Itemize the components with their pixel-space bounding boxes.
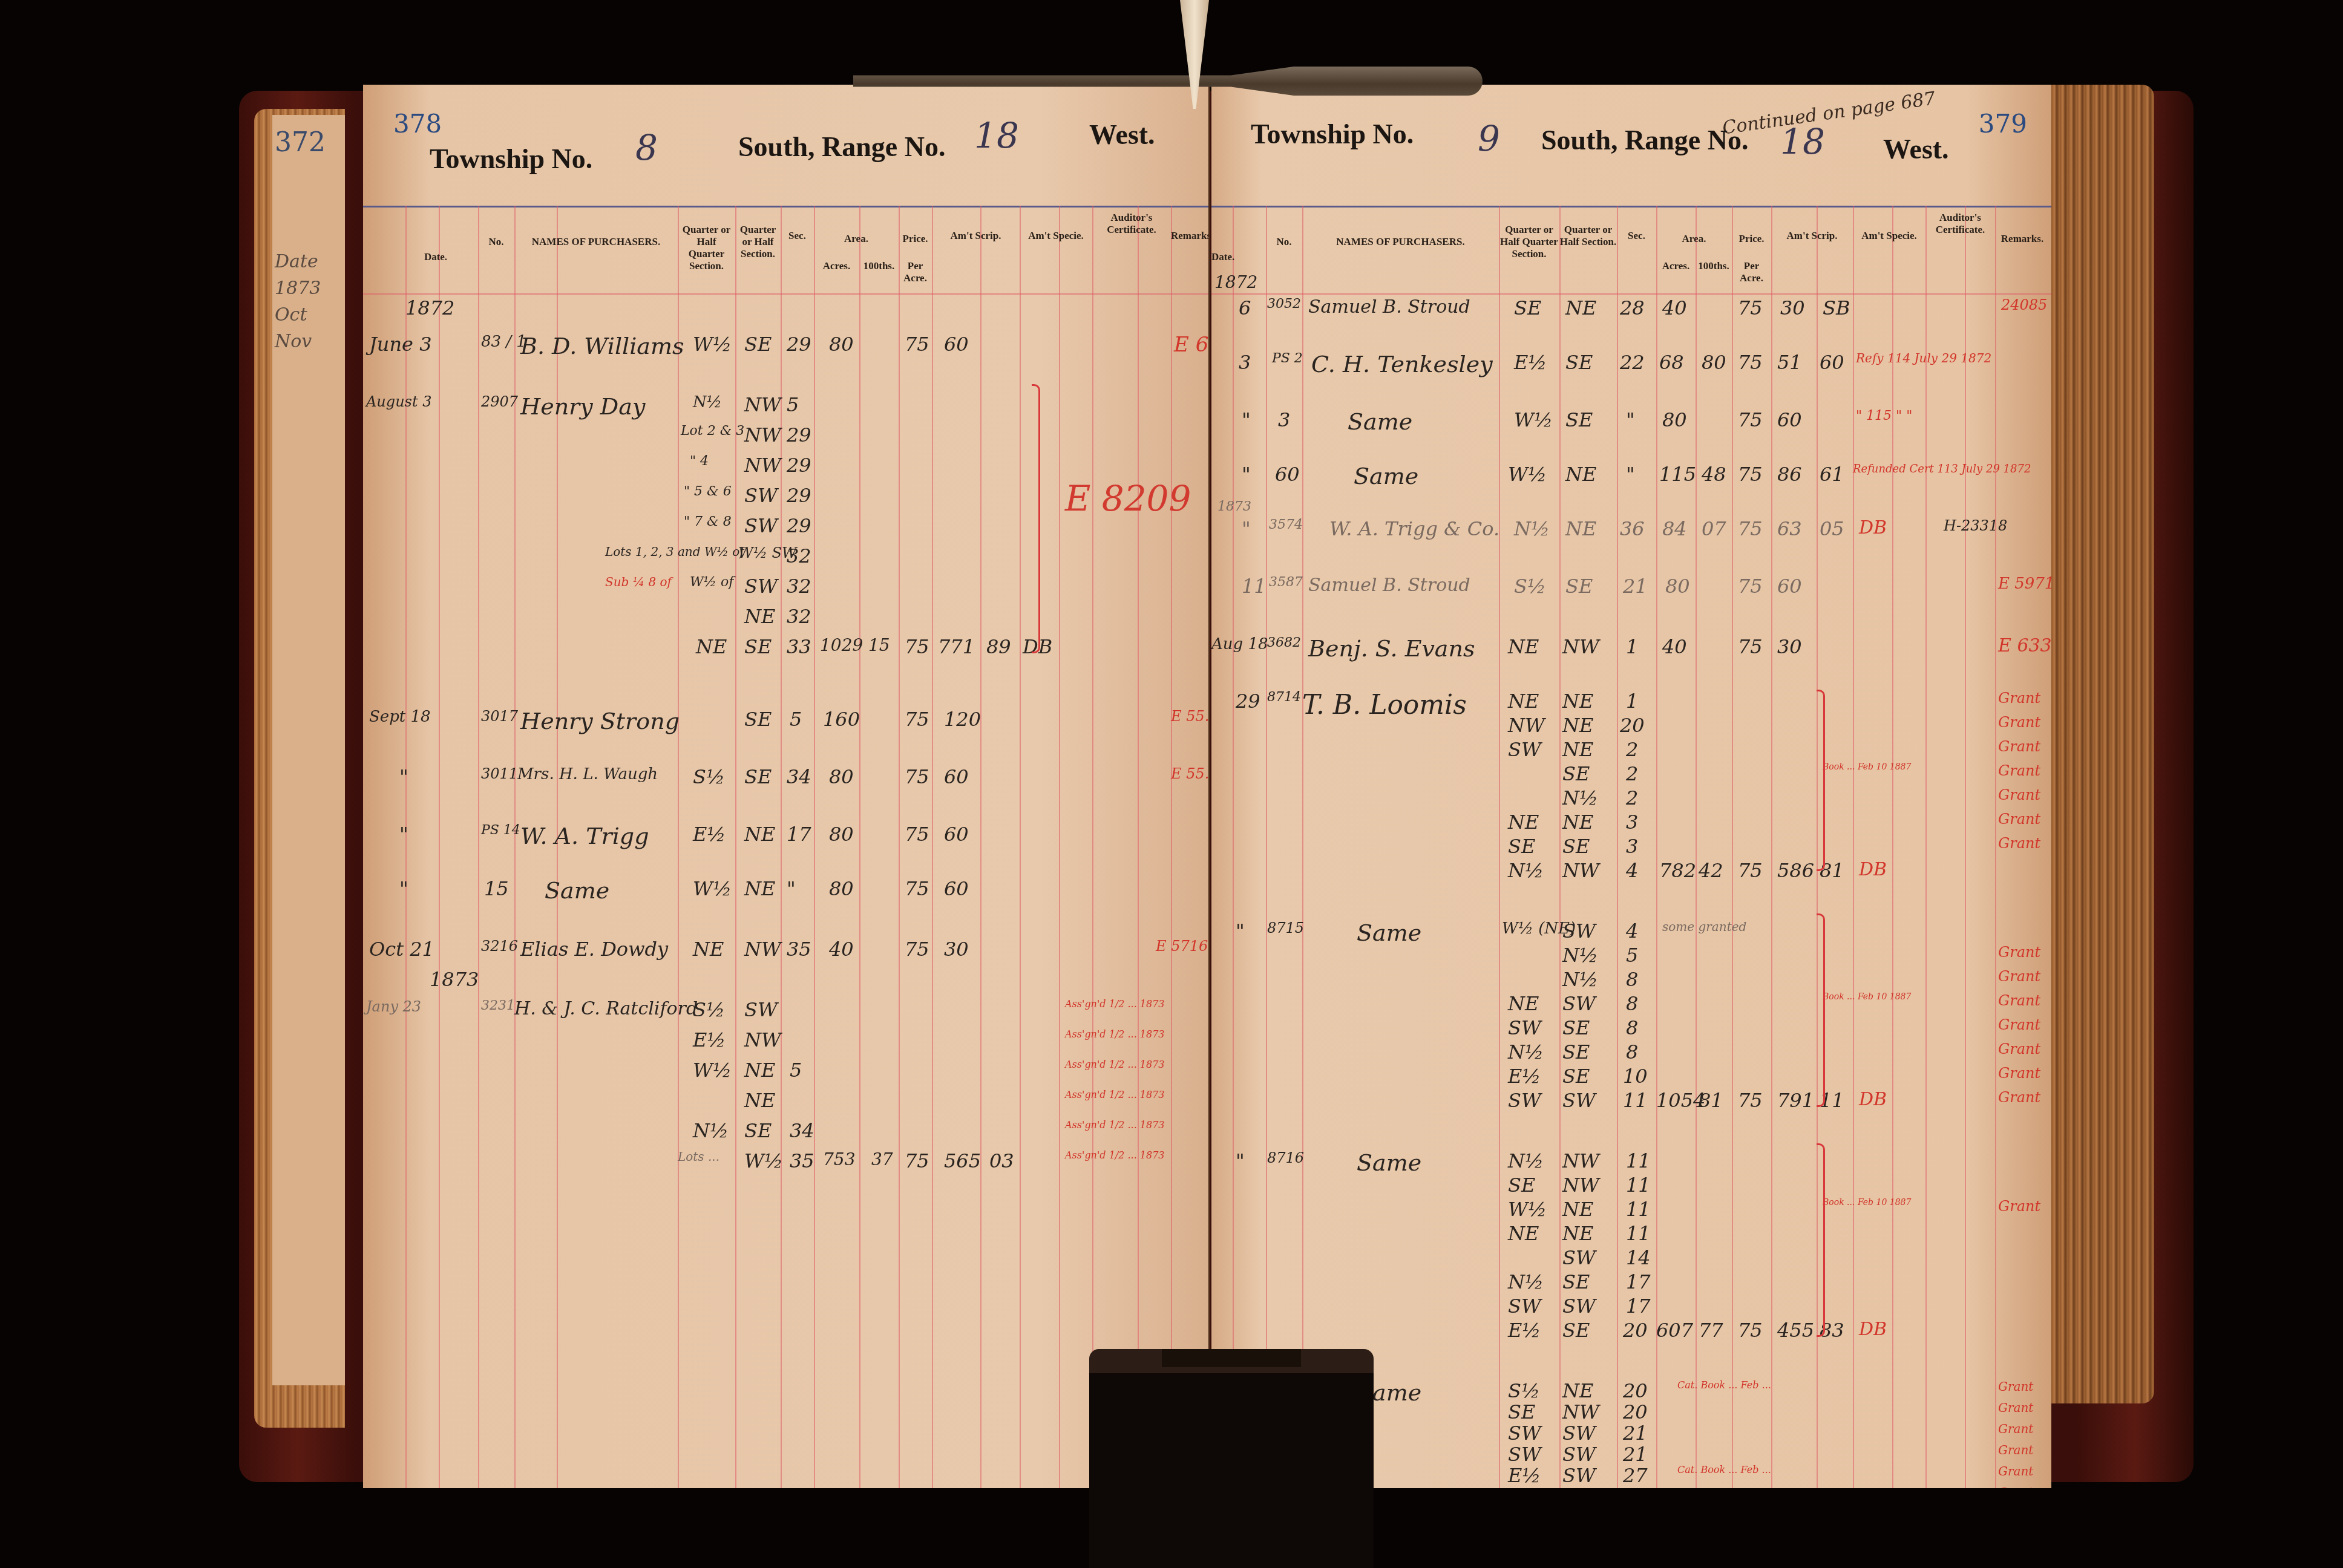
prior-page-handwriting: Date 1873 Oct Nov xyxy=(275,249,342,355)
col-scrip: Am't Scrip. xyxy=(1771,230,1853,242)
table-row: Aug 18 3682 Benj. S. Evans NE NW 1 40 75… xyxy=(1211,635,2051,671)
ledger-table: Date. No. NAMES OF PURCHASERS. Quarter o… xyxy=(1211,206,2051,1488)
col-remarks: Remarks. xyxy=(1171,230,1210,242)
ledger-table: Date. No. NAMES OF PURCHASERS. Quarter o… xyxy=(363,206,1208,1488)
table-row: 11 3587 Samuel B. Stroud S½ SE 21 80 75 … xyxy=(1211,575,2051,611)
table-row: 6 3052 Samuel B. Stroud SE NE 28 40 75 3… xyxy=(1211,296,2051,333)
table-row: NE SE 33 1029 15 75 771 89 DB xyxy=(363,635,1208,671)
red-bracket xyxy=(1817,1143,1825,1337)
township-label: Township No. xyxy=(430,143,592,175)
col-sec: Sec. xyxy=(781,230,814,242)
header-rule xyxy=(363,206,1208,207)
west-label: West. xyxy=(1089,119,1155,151)
prior-page-strip: 372 Date 1873 Oct Nov xyxy=(272,115,345,1385)
col-certificate: Auditor's Certificate. xyxy=(1925,212,1995,236)
table-row: June 3 83 / 1 B. D. Williams W½ SE 29 80… xyxy=(363,333,1208,369)
col-price: Price. xyxy=(899,233,932,245)
table-row: " 3011 Mrs. H. L. Waugh S½ SE 34 80 75 6… xyxy=(363,765,1208,802)
col-scrip: Am't Scrip. xyxy=(932,230,1020,242)
table-row: " PS 14 W. A. Trigg E½ NE 17 80 75 60 xyxy=(363,823,1208,859)
col-qq: Quarter or Half Quarter Section. xyxy=(1499,224,1559,260)
col-specie: Am't Specie. xyxy=(1020,230,1092,242)
col-certificate: Auditor's Certificate. xyxy=(1092,212,1171,236)
range-number: 18 xyxy=(974,115,1019,156)
left-page: 378 Township No. 8 South, Range No. 18 W… xyxy=(363,85,1210,1488)
col-date: Date. xyxy=(1211,251,1233,263)
table-row: N½ NW 4 782 42 75 586 81 DB xyxy=(1211,859,2051,895)
table-row: " 3 Same W½ SE " 80 75 60 " 115 " " xyxy=(1211,408,2051,445)
col-area: Area. xyxy=(814,233,899,245)
col-specie: Am't Specie. xyxy=(1853,230,1925,242)
col-names: NAMES OF PURCHASERS. xyxy=(514,236,678,248)
prior-page-number: 372 xyxy=(275,127,342,158)
col-date: Date. xyxy=(411,251,460,263)
table-row: 1873 " 3574 W. A. Trigg & Co. N½ NE 36 8… xyxy=(1211,517,2051,554)
table-row: Lots ... W½ 35 753 37 75 565 03 Ass'gn'd… xyxy=(363,1149,1208,1186)
col-sec: Sec. xyxy=(1617,230,1656,242)
township-number: 8 xyxy=(635,127,658,168)
table-row: " 60 Same W½ NE " 115 48 75 86 61 Refund… xyxy=(1211,463,2051,499)
col-remarks: Remarks. xyxy=(1995,233,2050,245)
page-title: Township No. 8 South, Range No. 18 West. xyxy=(363,121,1208,200)
page-title: Township No. 9 South, Range No. 18 West. xyxy=(1211,121,2051,200)
red-bracket xyxy=(1032,384,1040,653)
red-bracket xyxy=(1817,690,1825,871)
south-range-label: South, Range No. xyxy=(738,131,946,163)
col-no: No. xyxy=(1266,236,1302,248)
book-stand-weight xyxy=(1089,1349,1374,1568)
page-edges-right xyxy=(2051,85,2154,1403)
col-no: No. xyxy=(478,236,514,248)
table-row: " 15 Same W½ NE " 80 75 60 xyxy=(363,877,1208,913)
right-page: Continued on page 687 379 Township No. 9… xyxy=(1211,85,2051,1488)
south-range-label: South, Range No. xyxy=(1541,124,1749,156)
table-row: 3 PS 2 C. H. Tenkesley E½ SE 22 68 80 75… xyxy=(1211,351,2051,387)
township-label: Township No. xyxy=(1251,118,1414,150)
col-q: Quarter or Half Section. xyxy=(1559,224,1617,248)
col-names: NAMES OF PURCHASERS. xyxy=(1302,236,1499,248)
col-q: Quarter or Half Section. xyxy=(735,224,781,260)
red-total: E 8209 xyxy=(1065,478,1191,519)
west-label: West. xyxy=(1883,133,1949,165)
table-row: SW SW 11 1054 81 75 791 11 DB Grant xyxy=(1211,1089,2051,1125)
col-qq: Quarter or Half Quarter Section. xyxy=(678,224,735,272)
col-area: Area. xyxy=(1656,233,1732,245)
red-bracket xyxy=(1817,913,1825,1107)
table-row: Sept 18 3017 Henry Strong SE 5 160 75 12… xyxy=(363,708,1208,744)
col-price: Price. xyxy=(1732,233,1771,245)
range-number: 18 xyxy=(1780,121,1825,162)
township-number: 9 xyxy=(1478,118,1500,159)
